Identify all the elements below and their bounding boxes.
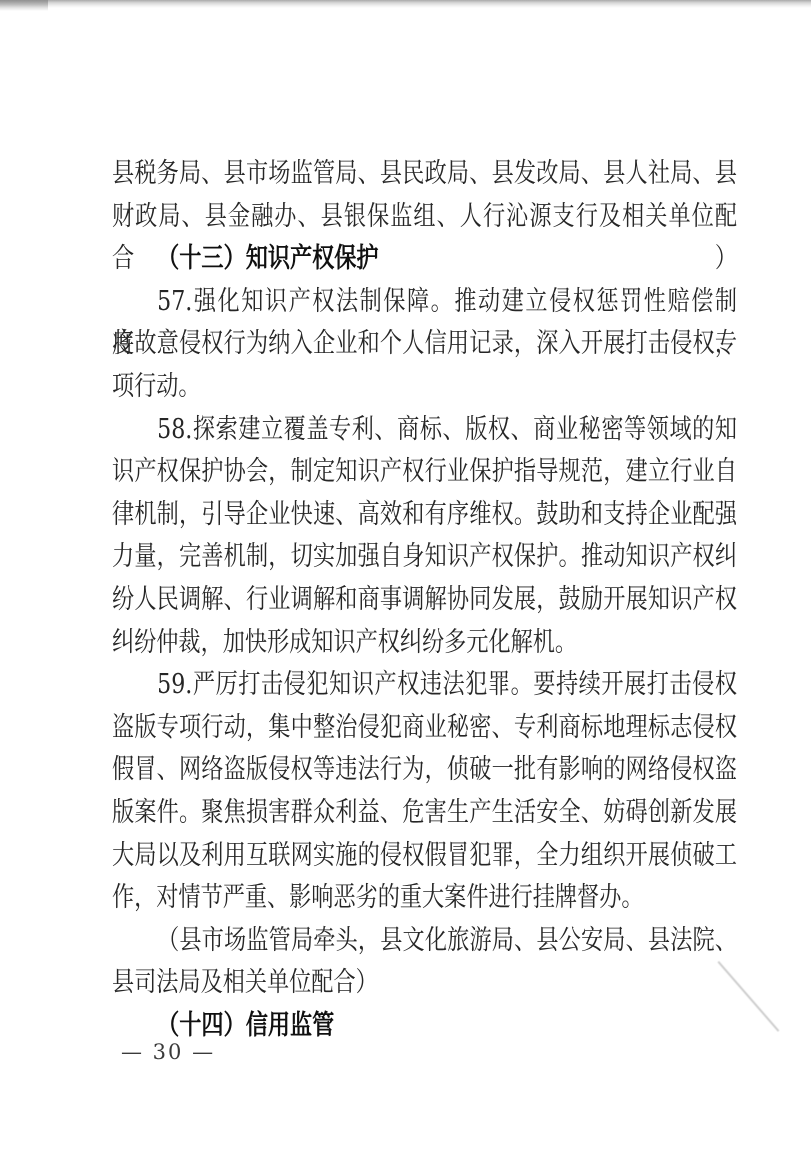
- text-line: 盗版专项行动，集中整治侵犯商业秘密、专利商标地理标志侵权: [112, 707, 737, 750]
- paragraph-item-57: 57.强化知识产权法制保障。推动建立侵权惩罚性赔偿制度，将故意侵权行为纳入企业和…: [112, 281, 737, 409]
- paragraph-item-59: 59.严厉打击侵犯知识产权违法犯罪。要持续开展打击侵权盗版专项行动，集中整治侵犯…: [112, 664, 737, 920]
- text-line: 县税务局、县市场监管局、县民政局、县发改局、县人社局、县: [112, 153, 737, 196]
- scan-edge-artifact: [0, 0, 811, 8]
- text-line: 将故意侵权行为纳入企业和个人信用记录，深入开展打击侵权专: [112, 323, 737, 366]
- text-line: 57.强化知识产权法制保障。推动建立侵权惩罚性赔偿制度，: [112, 281, 737, 324]
- text-line: 版案件。聚焦损害群众利益、危害生产生活安全、妨碍创新发展: [112, 792, 737, 835]
- section-heading-13: （十三）知识产权保护: [112, 238, 737, 281]
- paragraph-item-58: 58.探索建立覆盖专利、商标、版权、商业秘密等领域的知识产权保护协会，制定知识产…: [112, 409, 737, 665]
- paragraph-units-continuation: 县税务局、县市场监管局、县民政局、县发改局、县人社局、县财政局、县金融办、县银保…: [112, 153, 737, 238]
- text-line: 项行动。: [112, 366, 737, 409]
- text-line: （县市场监管局牵头，县文化旅游局、县公安局、县法院、: [112, 920, 737, 963]
- text-line: 力量，完善机制，切实加强自身知识产权保护。推动知识产权纠: [112, 536, 737, 579]
- text-line: 识产权保护协会，制定知识产权行业保护指导规范，建立行业自: [112, 451, 737, 494]
- scan-corner-artifact: [0, 0, 48, 11]
- page-number: — 30 —: [121, 1038, 215, 1066]
- text-line: 纠纷仲裁，加快形成知识产权纠纷多元化解机。: [112, 622, 737, 665]
- text-line: 大局以及利用互联网实施的侵权假冒犯罪，全力组织开展侦破工: [112, 835, 737, 878]
- text-line: 假冒、网络盗版侵权等违法行为，侦破一批有影响的网络侵权盗: [112, 749, 737, 792]
- text-line: 县司法局及相关单位配合）: [112, 962, 737, 1005]
- text-line: 作，对情节严重、影响恶劣的重大案件进行挂牌督办。: [112, 877, 737, 920]
- text-line: 59.严厉打击侵犯知识产权违法犯罪。要持续开展打击侵权: [112, 664, 737, 707]
- text-line: 58.探索建立覆盖专利、商标、版权、商业秘密等领域的知: [112, 409, 737, 452]
- text-line: 纷人民调解、行业调解和商事调解协同发展，鼓励开展知识产权: [112, 579, 737, 622]
- document-page: 县税务局、县市场监管局、县民政局、县发改局、县人社局、县财政局、县金融办、县银保…: [0, 0, 811, 1173]
- paragraph-responsible-units: （县市场监管局牵头，县文化旅游局、县公安局、县法院、县司法局及相关单位配合）: [112, 920, 737, 1005]
- document-body: 县税务局、县市场监管局、县民政局、县发改局、县人社局、县财政局、县金融办、县银保…: [112, 153, 737, 1047]
- text-line: 律机制，引导企业快速、高效和有序维权。鼓助和支持企业配强: [112, 494, 737, 537]
- text-line: 财政局、县金融办、县银保监组、人行沁源支行及相关单位配合）: [112, 196, 737, 239]
